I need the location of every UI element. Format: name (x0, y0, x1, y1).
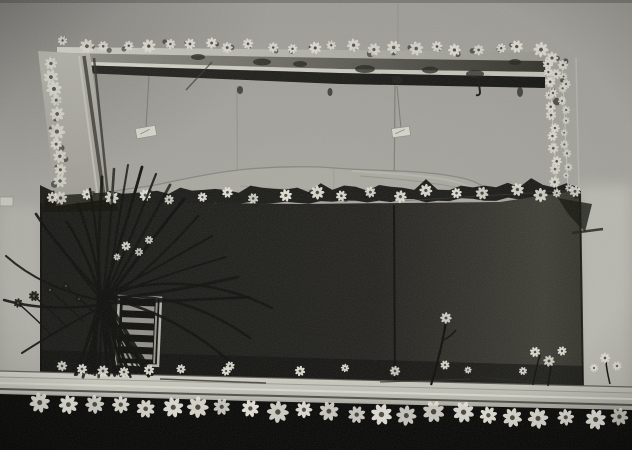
photo-scene (0, 0, 632, 450)
vignette (0, 0, 632, 450)
photograph: Black-and-white photograph of a glass-to… (0, 0, 632, 450)
